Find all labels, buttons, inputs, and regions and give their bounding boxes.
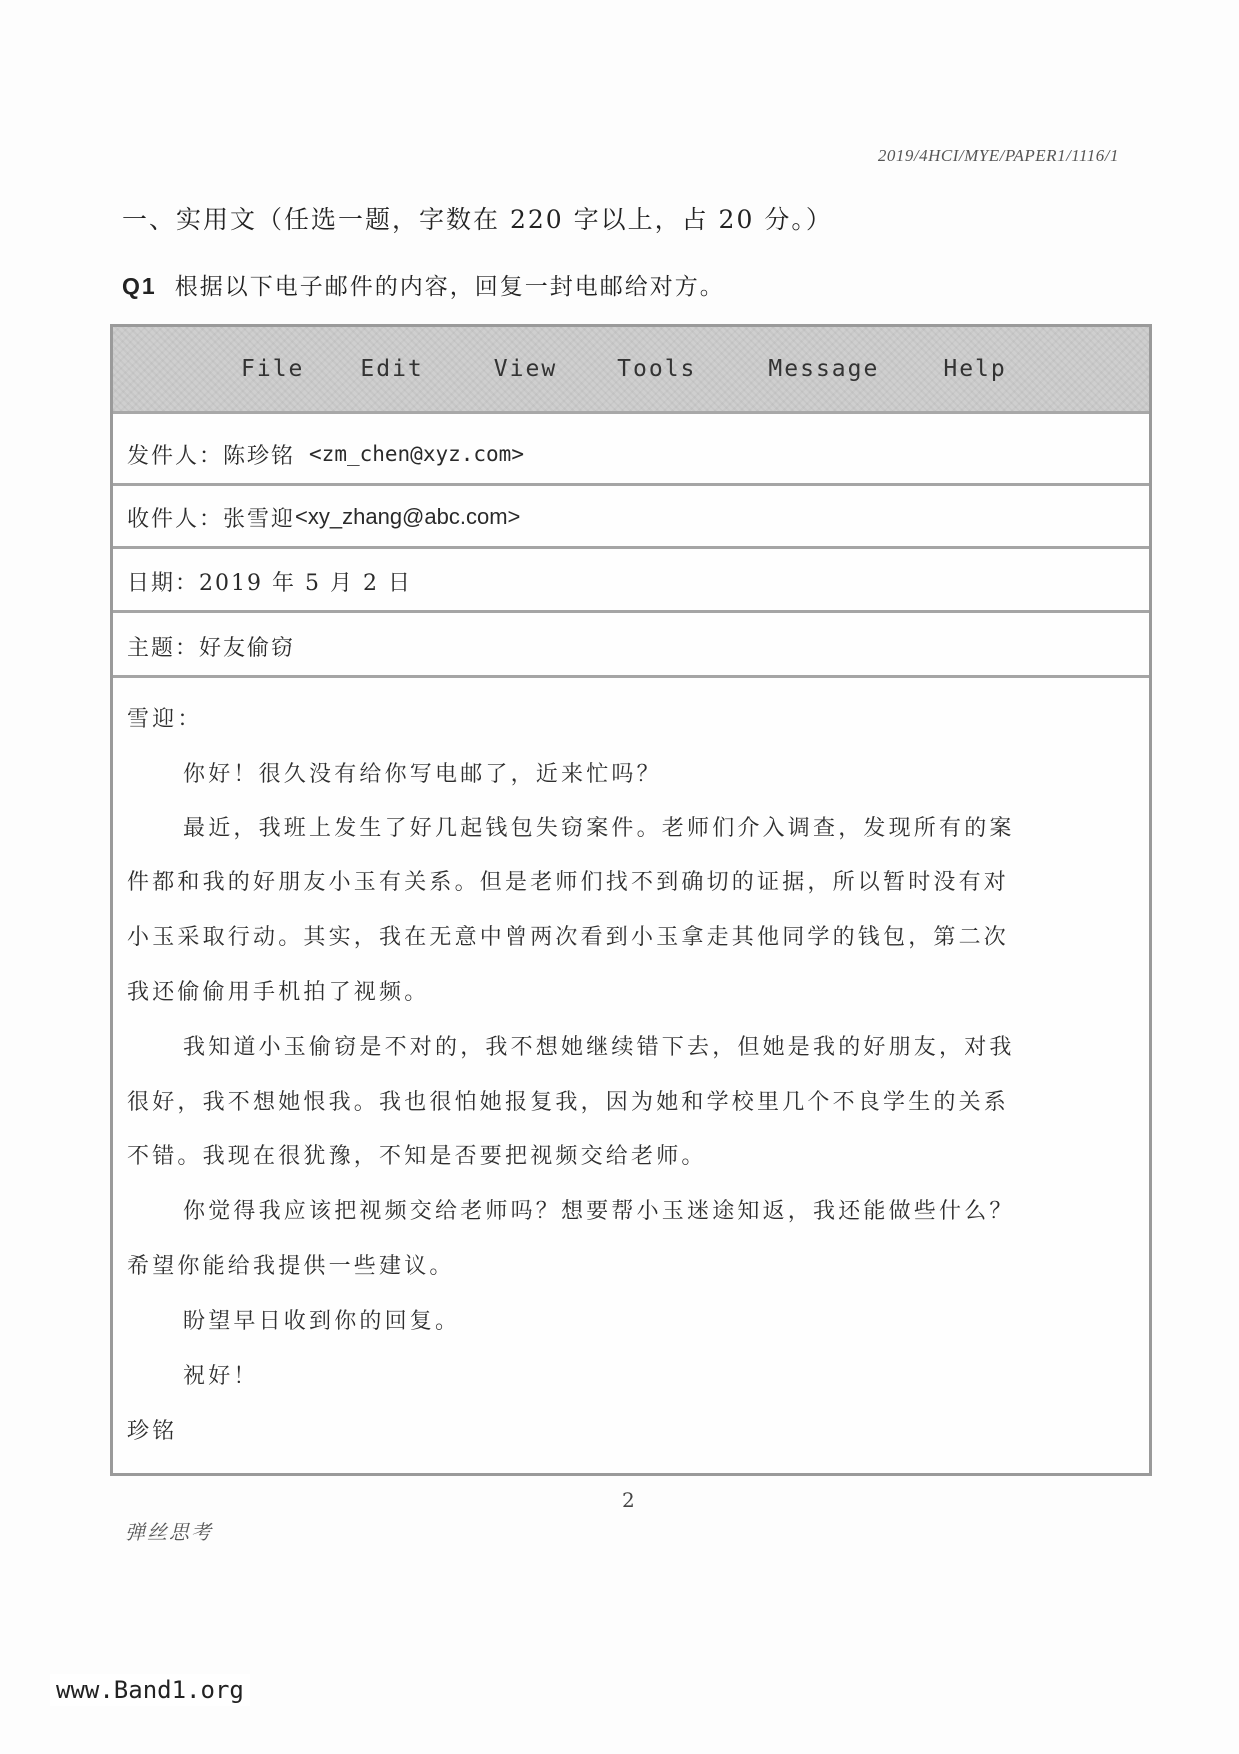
from-field: 发件人： 陈珍铭 <zm_chen@xyz.com> xyxy=(113,425,1149,486)
closing-greeting: 祝好！ xyxy=(183,1359,259,1390)
menu-file[interactable]: File xyxy=(241,356,304,382)
salutation: 雪迎： xyxy=(127,702,203,733)
menu-bar: File Edit View Tools Message Help xyxy=(113,327,1149,414)
body-line: 不错。我现在很犹豫，不知是否要把视频交给老师。 xyxy=(127,1139,707,1170)
from-label: 发件人： xyxy=(127,439,223,470)
to-name: 张雪迎 xyxy=(223,502,295,533)
menu-message[interactable]: Message xyxy=(768,356,879,382)
body-line: 希望你能给我提供一些建议。 xyxy=(127,1249,455,1280)
question-text: 根据以下电子邮件的内容，回复一封电邮给对方。 xyxy=(175,274,725,300)
date-label: 日期： xyxy=(127,566,199,597)
closing-line: 盼望早日收到你的回复。 xyxy=(183,1304,460,1335)
footer-note: 弹丝思考 xyxy=(125,1516,213,1545)
body-line: 你好！很久没有给你写电邮了，近来忙吗？ xyxy=(183,757,662,788)
subject-field: 主题： 好友偷窃 xyxy=(113,617,1149,678)
body-line: 我还偷偷用手机拍了视频。 xyxy=(127,975,429,1006)
body-line: 我知道小玉偷窃是不对的，我不想她继续错下去，但她是我的好朋友，对我 xyxy=(183,1030,1015,1061)
subject-label: 主题： xyxy=(127,631,199,662)
email-window: File Edit View Tools Message Help 发件人： 陈… xyxy=(110,324,1152,1476)
signature: 珍铭 xyxy=(127,1414,177,1445)
to-email: <xy_zhang@abc.com> xyxy=(295,504,520,530)
from-name: 陈珍铭 xyxy=(223,439,295,470)
subject-value: 好友偷窃 xyxy=(199,631,295,662)
body-line: 最近，我班上发生了好几起钱包失窃案件。老师们介入调查，发现所有的案 xyxy=(183,811,1015,842)
section-heading: 一、实用文（任选一题，字数在 220 字以上，占 20 分。） xyxy=(122,200,833,236)
menu-help[interactable]: Help xyxy=(943,356,1006,382)
to-label: 收件人： xyxy=(127,502,223,533)
body-line: 你觉得我应该把视频交给老师吗？想要帮小玉迷途知返，我还能做些什么？ xyxy=(183,1194,1015,1225)
page-number: 2 xyxy=(622,1488,635,1512)
body-line: 小玉采取行动。其实，我在无意中曾两次看到小玉拿走其他同学的钱包，第二次 xyxy=(127,920,1009,951)
from-email: <zm_chen@xyz.com> xyxy=(309,442,524,466)
menu-tools[interactable]: Tools xyxy=(617,356,696,382)
menu-view[interactable]: View xyxy=(494,356,557,382)
question-prompt: Q1根据以下电子邮件的内容，回复一封电邮给对方。 xyxy=(122,268,725,301)
to-field: 收件人： 张雪迎 <xy_zhang@abc.com> xyxy=(113,488,1149,549)
menu-edit[interactable]: Edit xyxy=(360,356,423,382)
paper-reference-code: 2019/4HCI/MYE/PAPER1/1116/1 xyxy=(878,146,1119,166)
watermark-link[interactable]: www.Band1.org xyxy=(50,1674,250,1706)
date-value: 2019 年 5 月 2 日 xyxy=(199,566,412,597)
question-number: Q1 xyxy=(122,273,157,299)
body-line: 很好，我不想她恨我。我也很怕她报复我，因为她和学校里几个不良学生的关系 xyxy=(127,1085,1009,1116)
date-field: 日期： 2019 年 5 月 2 日 xyxy=(113,552,1149,613)
body-line: 件都和我的好朋友小玉有关系。但是老师们找不到确切的证据，所以暂时没有对 xyxy=(127,865,1009,896)
